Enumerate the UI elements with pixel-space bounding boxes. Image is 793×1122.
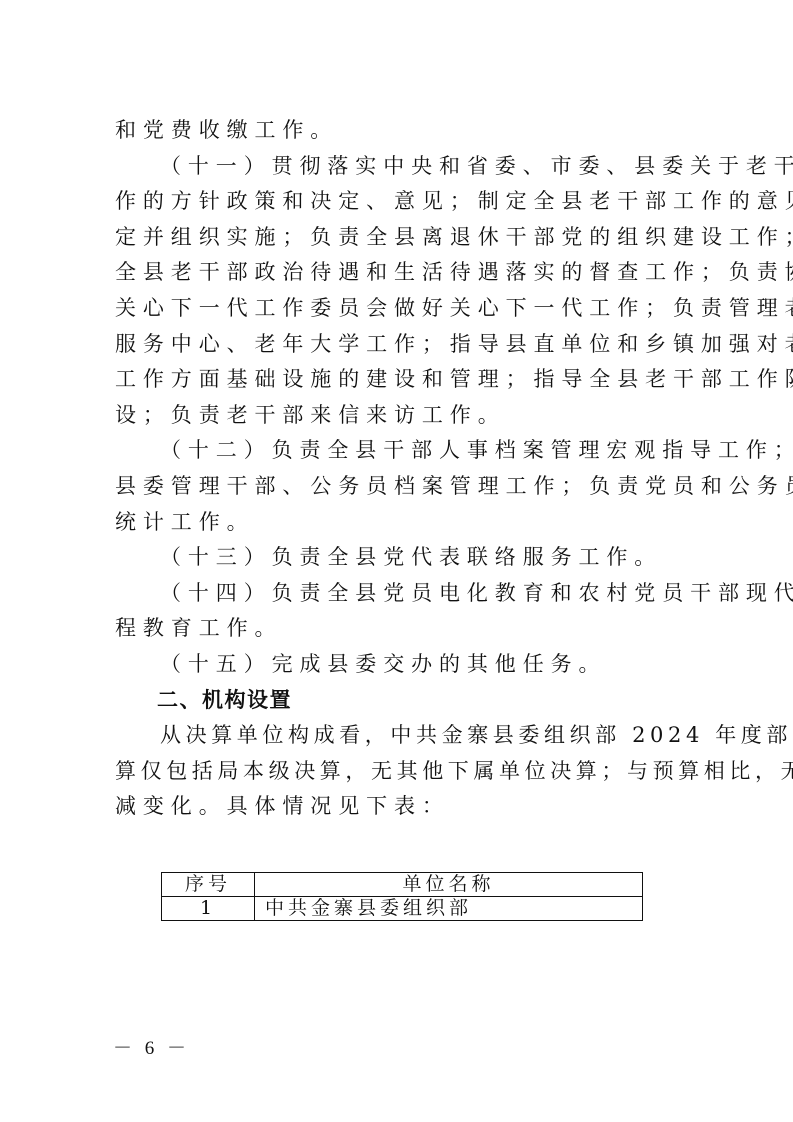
item-11-line-3: 定并组织实施；负责全县离退休干部党的组织建设工作；负责 <box>115 220 681 256</box>
paragraph-continuation-line: 和党费收缴工作。 <box>115 113 681 149</box>
table-header-unit-name: 单位名称 <box>255 873 643 897</box>
item-11-line-5: 关心下一代工作委员会做好关心下一代工作；负责管理老干部 <box>115 291 681 327</box>
section-paragraph-line-1: 从决算单位构成看，中共金寨县委组织部 2024 年度部门决 <box>115 718 681 754</box>
item-11-line-1: （十一）贯彻落实中央和省委、市委、县委关于老干部工 <box>115 149 681 185</box>
page-number: － 6 － <box>113 1033 190 1060</box>
table-cell-serial: 1 <box>162 897 255 921</box>
item-12-line-2: 县委管理干部、公务员档案管理工作；负责党员和公务员信息 <box>115 469 681 505</box>
table-header-row: 序号 单位名称 <box>162 873 643 897</box>
section-paragraph-line-3: 减变化。具体情况见下表： <box>115 789 681 825</box>
body-text: 和党费收缴工作。 （十一）贯彻落实中央和省委、市委、县委关于老干部工 作的方针政… <box>115 113 681 825</box>
item-14-line-2: 程教育工作。 <box>115 611 681 647</box>
unit-table: 序号 单位名称 1 中共金寨县委组织部 <box>161 872 643 921</box>
item-11-line-4: 全县老干部政治待遇和生活待遇落实的督查工作；负责协调县 <box>115 255 681 291</box>
item-14-line-1: （十四）负责全县党员电化教育和农村党员干部现代化远 <box>115 576 681 612</box>
table-row: 1 中共金寨县委组织部 <box>162 897 643 921</box>
item-12-line-1: （十二）负责全县干部人事档案管理宏观指导工作；负责 <box>115 433 681 469</box>
item-11-line-6: 服务中心、老年大学工作；指导县直单位和乡镇加强对老干部 <box>115 327 681 363</box>
section-heading: 二、机构设置 <box>115 683 681 719</box>
table-header-serial: 序号 <box>162 873 255 897</box>
document-page: 和党费收缴工作。 （十一）贯彻落实中央和省委、市委、县委关于老干部工 作的方针政… <box>0 0 793 1122</box>
item-13-line-1: （十三）负责全县党代表联络服务工作。 <box>115 540 681 576</box>
item-15-line-1: （十五）完成县委交办的其他任务。 <box>115 647 681 683</box>
item-11-line-8: 设；负责老干部来信来访工作。 <box>115 398 681 434</box>
item-11-line-2: 作的方针政策和决定、意见；制定全县老干部工作的意见、规 <box>115 184 681 220</box>
section-paragraph-line-2: 算仅包括局本级决算，无其他下属单位决算；与预算相比，无增 <box>115 754 681 790</box>
table-cell-unit-name: 中共金寨县委组织部 <box>255 897 643 921</box>
item-12-line-3: 统计工作。 <box>115 505 681 541</box>
item-11-line-7: 工作方面基础设施的建设和管理；指导全县老干部工作队伍建 <box>115 362 681 398</box>
